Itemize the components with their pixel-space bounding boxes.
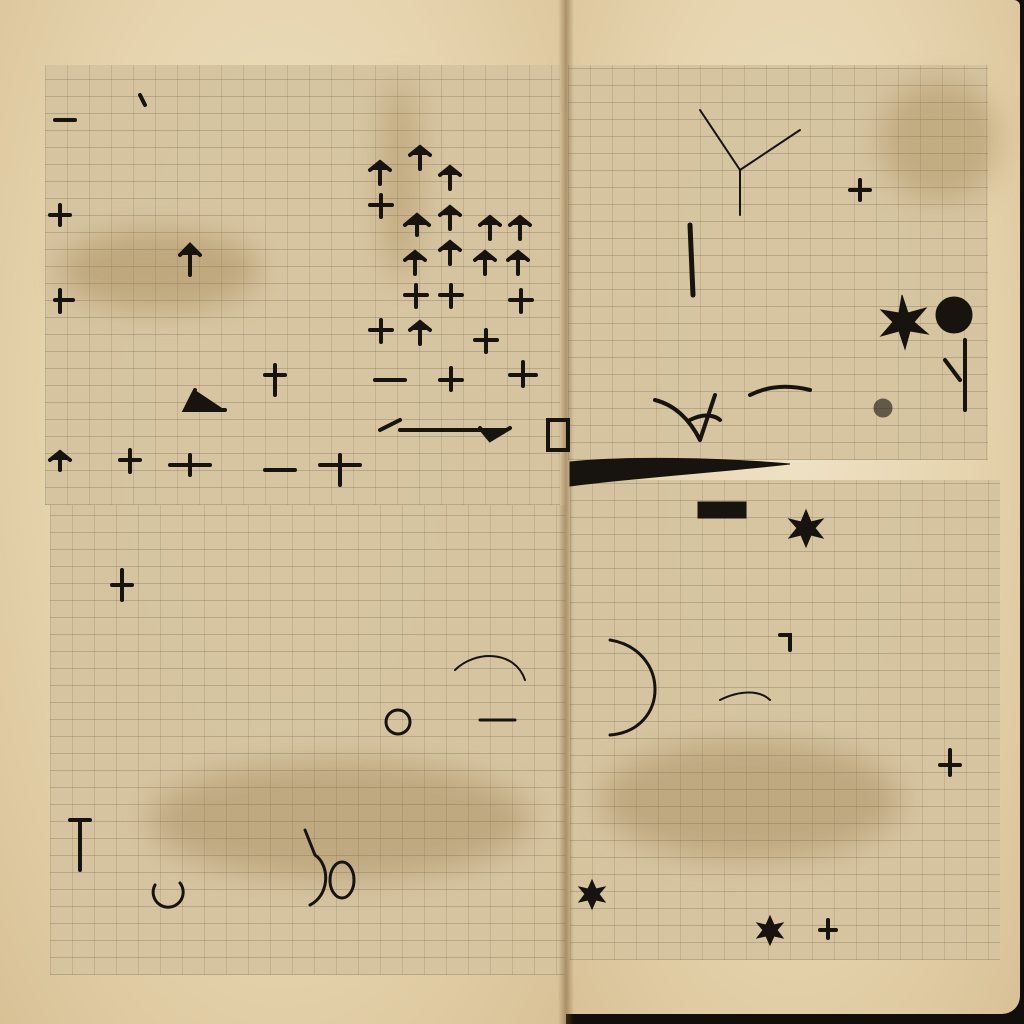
ink-glyphs bbox=[0, 0, 1024, 1024]
manuscript-photo bbox=[0, 0, 1024, 1024]
